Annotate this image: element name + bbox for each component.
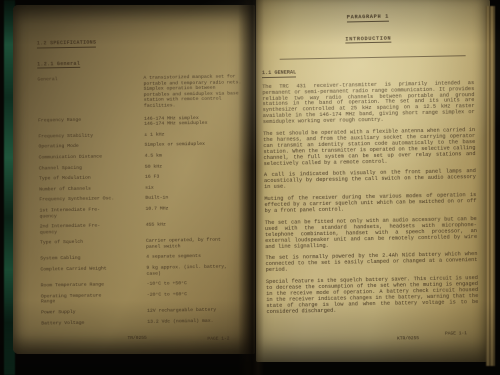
- spec-label: Type of Modulation: [39, 175, 145, 182]
- spec-value: 50 kHz: [145, 163, 245, 170]
- paragraph-header: PARAGRAPH 1: [261, 12, 475, 24]
- intro-paragraph: The set can be fitted not only with an a…: [265, 217, 478, 251]
- spec-row: Frequency Stability ± 1 kHz: [38, 131, 244, 140]
- spec-label: Communication Distance: [39, 154, 145, 161]
- spec-row: System Cabling 4 separate segments: [40, 254, 246, 263]
- spec-label: Battery Voltage: [41, 319, 147, 326]
- right-footer-page-number: PAGE 1-1: [445, 331, 467, 336]
- specifications-heading: 1.2 SPECIFICATIONS: [37, 37, 243, 48]
- spec-value: 12V rechargeable battery: [147, 307, 247, 314]
- spec-value: 16 F3: [145, 173, 245, 180]
- right-page: PARAGRAPH 1 INTRODUCTION 1.1 GENERAL The…: [256, 0, 490, 362]
- left-footer-page-number: PAGE 1-2: [207, 337, 229, 342]
- spec-label: Operating Mode: [38, 143, 144, 150]
- spec-row: 1st Intermediate Fre- quency 10.7 MHz: [39, 205, 245, 219]
- spec-value: six: [145, 184, 245, 191]
- spec-value: -10°C to +50°C: [147, 280, 247, 287]
- spec-value: 4 separate segments: [146, 254, 246, 261]
- spec-row: Power Supply 12V rechargeable battery: [41, 307, 247, 316]
- spec-row: Communication Distance 4.5 km: [39, 152, 245, 161]
- general-section-heading: 1.1 GENERAL: [262, 66, 476, 78]
- general-subheading: 1.2.1 General: [37, 58, 243, 69]
- left-page: 1.2 SPECIFICATIONS 1.2.1 General General…: [13, 5, 255, 354]
- page-stack-edge: [486, 6, 495, 366]
- spec-value: 455 kHz: [146, 221, 246, 228]
- spec-label: Frequency Synthesizer Osc.: [39, 196, 145, 203]
- spec-label: Frequency Stability: [38, 133, 144, 140]
- intro-paragraph: The TRC 431 receiver-transmitter is prim…: [262, 81, 475, 126]
- spec-value: Built-in: [145, 195, 245, 202]
- spec-row: Type of Modulation 16 F3: [39, 173, 245, 182]
- spec-row: Number of Channels six: [39, 184, 245, 193]
- spec-label: Complete Carried Weight: [40, 266, 146, 273]
- spec-value: 9 kg approx. (incl. battery, case): [146, 264, 246, 277]
- spec-row: 2nd Intermediate Fre- quency 455 kHz: [40, 221, 246, 235]
- spec-row: Complete Carried Weight 9 kg approx. (in…: [40, 264, 246, 278]
- spec-row: Channel Spacing 50 kHz: [39, 163, 245, 172]
- spec-value: 4.5 km: [145, 152, 245, 159]
- spec-label: Power Supply: [41, 309, 147, 316]
- left-footer-doc-number: TR/0255: [127, 336, 146, 341]
- general-text: A transistorized manpack set for portabl…: [143, 74, 244, 109]
- spec-label: 1st Intermediate Fre- quency: [39, 207, 145, 220]
- spec-value: 13.2 Vdc (nominal) max.: [147, 318, 247, 325]
- spec-row: Operating Mode Simplex or semiduplex: [38, 142, 244, 151]
- spec-row: Frequency Synthesizer Osc. Built-in: [39, 195, 245, 204]
- spec-row: Type of Squelch Carrier operated, by fro…: [40, 238, 246, 252]
- intro-paragraph: Muting of the receiver during the variou…: [264, 193, 476, 215]
- intro-paragraph: The set is normally powered by the 2.4Ah…: [265, 252, 477, 274]
- general-row: General A transistorized manpack set for…: [37, 74, 244, 111]
- spec-label: Operating Temperature Range: [41, 293, 147, 306]
- spec-label: Channel Spacing: [39, 164, 145, 171]
- spec-label: Room Temperature Range: [41, 282, 147, 289]
- book-photo: 1.2 SPECIFICATIONS 1.2.1 General General…: [0, 0, 500, 375]
- spec-label: Number of Channels: [39, 186, 145, 193]
- right-footer-doc-number: KTR/0255: [397, 336, 419, 341]
- spec-label: 2nd Intermediate Fre- quency: [40, 223, 146, 236]
- spec-value: 146-174 MHz simplex 146-174 MHz semidupl…: [144, 115, 244, 128]
- horizontal-rule: [280, 55, 466, 60]
- spec-value: Carrier operated, by front panel switch: [146, 238, 246, 251]
- left-page-content: 1.2 SPECIFICATIONS 1.2.1 General General…: [10, 3, 257, 356]
- spec-value: -20°C to +60°C: [147, 291, 247, 298]
- general-label: General: [37, 76, 143, 83]
- spec-label: Frequency Range: [38, 116, 144, 123]
- page-gutter-shadow: [238, 0, 264, 375]
- right-page-content: PARAGRAPH 1 INTRODUCTION 1.1 GENERAL The…: [253, 0, 494, 364]
- intro-paragraph: Special feature is the squelch battery s…: [266, 276, 479, 316]
- spec-value: Simplex or semiduplex: [144, 142, 244, 149]
- spec-row: Operating Temperature Range -20°C to +60…: [41, 291, 247, 305]
- intro-paragraph: The set should be operated with a flexib…: [263, 128, 476, 168]
- spec-value: ± 1 kHz: [144, 131, 244, 138]
- spec-row: Frequency Range 146-174 MHz simplex 146-…: [38, 115, 244, 129]
- spec-label: System Cabling: [40, 255, 146, 262]
- spec-value: 10.7 MHz: [145, 205, 245, 212]
- intro-paragraph: A call is indicated both visually on the…: [264, 169, 476, 191]
- spec-row: Battery Voltage 13.2 Vdc (nominal) max.: [41, 318, 247, 327]
- spec-label: Type of Squelch: [40, 239, 146, 246]
- introduction-header: INTRODUCTION: [261, 34, 475, 46]
- spec-row: Room Temperature Range -10°C to +50°C: [41, 280, 247, 289]
